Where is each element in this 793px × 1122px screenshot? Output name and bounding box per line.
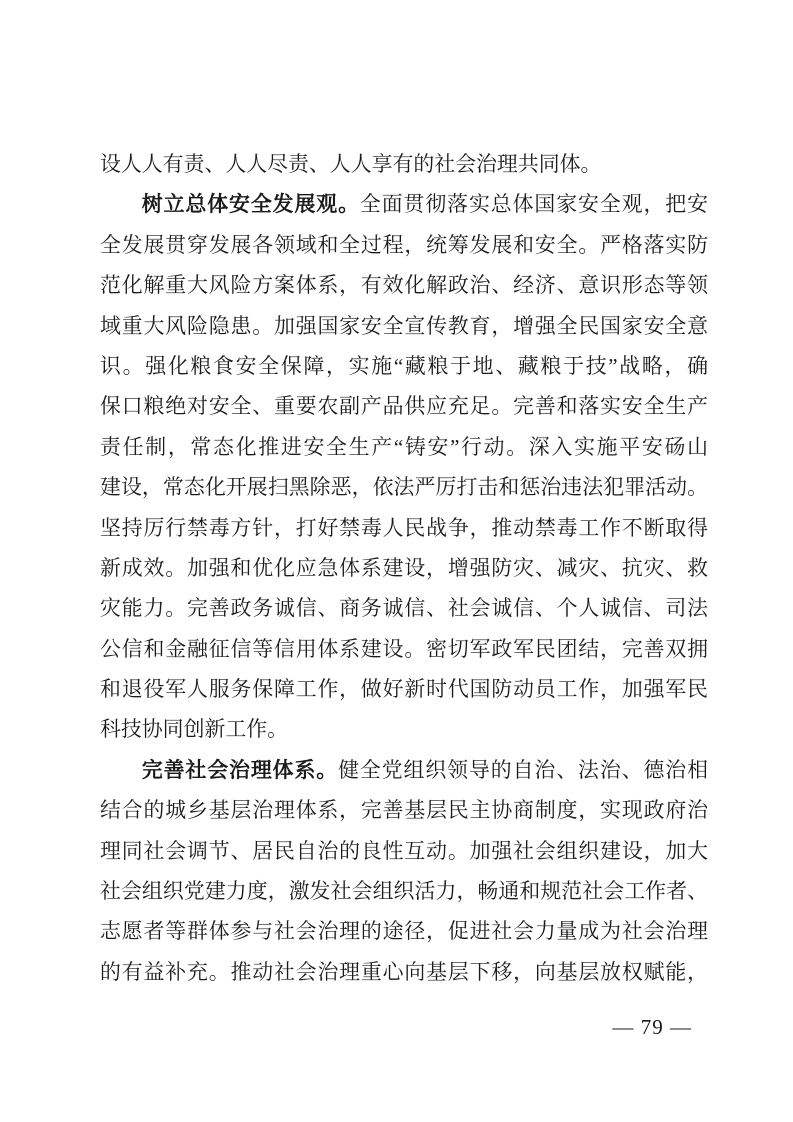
text-segment: 域重大风险隐患。加强国家安全宣传教育，增强全民国家安全意 bbox=[100, 314, 708, 338]
text-segment: 设人人有责、人人尽责、人人享有的社会治理共同体。 bbox=[100, 152, 601, 176]
text-line: 完善社会治理体系。健全党组织领导的自治、法治、德治相 bbox=[100, 750, 708, 790]
text-segment: 志愿者等群体参与社会治理的途径，促进社会力量成为社会治理 bbox=[100, 919, 708, 943]
text-segment: 全面贯彻落实总体国家安全观，把安 bbox=[360, 192, 708, 216]
document-body: 设人人有责、人人尽责、人人享有的社会治理共同体。树立总体安全发展观。全面贯彻落实… bbox=[100, 144, 708, 992]
text-line: 树立总体安全发展观。全面贯彻落实总体国家安全观，把安 bbox=[100, 184, 708, 224]
text-line: 全发展贯穿发展各领域和全过程，统筹发展和安全。严格落实防 bbox=[100, 225, 708, 265]
text-segment: 的有益补充。推动社会治理重心向基层下移，向基层放权赋能， bbox=[100, 960, 708, 984]
document-page: 设人人有责、人人尽责、人人享有的社会治理共同体。树立总体安全发展观。全面贯彻落实… bbox=[0, 0, 793, 1122]
text-segment: 健全党组织领导的自治、法治、德治相 bbox=[338, 758, 708, 782]
text-line: 识。强化粮食安全保障，实施“藏粮于地、藏粮于技”战略，确 bbox=[100, 346, 708, 386]
text-segment: 新成效。加强和优化应急体系建设，增强防灾、减灾、抗灾、救 bbox=[100, 556, 708, 580]
text-segment: 保口粮绝对安全、重要农副产品供应充足。完善和落实安全生产 bbox=[100, 394, 708, 418]
text-segment: 责任制，常态化推进安全生产“铸安”行动。深入实施平安砀山 bbox=[100, 435, 708, 459]
text-line: 设人人有责、人人尽责、人人享有的社会治理共同体。 bbox=[100, 144, 708, 184]
text-line: 的有益补充。推动社会治理重心向基层下移，向基层放权赋能， bbox=[100, 952, 708, 992]
text-segment: 社会组织党建力度，激发社会组织活力，畅通和规范社会工作者、 bbox=[100, 879, 708, 903]
text-line: 公信和金融征信等信用体系建设。密切军政军民团结，完善双拥 bbox=[100, 629, 708, 669]
text-segment: 全发展贯穿发展各领域和全过程，统筹发展和安全。严格落实防 bbox=[100, 233, 708, 257]
text-line: 范化解重大风险方案体系，有效化解政治、经济、意识形态等领 bbox=[100, 265, 708, 305]
text-segment: 范化解重大风险方案体系，有效化解政治、经济、意识形态等领 bbox=[100, 273, 708, 297]
text-line: 建设，常态化开展扫黑除恶，依法严厉打击和惩治违法犯罪活动。 bbox=[100, 467, 708, 507]
paragraph-lead-bold: 完善社会治理体系。 bbox=[142, 758, 338, 782]
text-line: 结合的城乡基层治理体系，完善基层民主协商制度，实现政府治 bbox=[100, 790, 708, 830]
text-segment: 坚持厉行禁毒方针，打好禁毒人民战争，推动禁毒工作不断取得 bbox=[100, 516, 708, 540]
text-line: 责任制，常态化推进安全生产“铸安”行动。深入实施平安砀山 bbox=[100, 427, 708, 467]
text-segment: 科技协同创新工作。 bbox=[100, 717, 288, 741]
text-line: 和退役军人服务保障工作，做好新时代国防动员工作，加强军民 bbox=[100, 669, 708, 709]
text-segment: 结合的城乡基层治理体系，完善基层民主协商制度，实现政府治 bbox=[100, 798, 708, 822]
text-line: 科技协同创新工作。 bbox=[100, 709, 708, 749]
text-segment: 公信和金融征信等信用体系建设。密切军政军民团结，完善双拥 bbox=[100, 637, 708, 661]
page-number: — 79 — bbox=[0, 1012, 692, 1042]
text-segment: 灾能力。完善政务诚信、商务诚信、社会诚信、个人诚信、司法 bbox=[100, 596, 708, 620]
text-segment: 识。强化粮食安全保障，实施“藏粮于地、藏粮于技”战略，确 bbox=[100, 354, 708, 378]
text-segment: 建设，常态化开展扫黑除恶，依法严厉打击和惩治违法犯罪活动。 bbox=[100, 475, 708, 499]
text-line: 志愿者等群体参与社会治理的途径，促进社会力量成为社会治理 bbox=[100, 911, 708, 951]
text-line: 域重大风险隐患。加强国家安全宣传教育，增强全民国家安全意 bbox=[100, 306, 708, 346]
text-line: 理同社会调节、居民自治的良性互动。加强社会组织建设，加大 bbox=[100, 831, 708, 871]
paragraph-lead-bold: 树立总体安全发展观。 bbox=[142, 192, 360, 216]
text-line: 社会组织党建力度，激发社会组织活力，畅通和规范社会工作者、 bbox=[100, 871, 708, 911]
text-line: 保口粮绝对安全、重要农副产品供应充足。完善和落实安全生产 bbox=[100, 386, 708, 426]
text-line: 坚持厉行禁毒方针，打好禁毒人民战争，推动禁毒工作不断取得 bbox=[100, 508, 708, 548]
text-segment: 理同社会调节、居民自治的良性互动。加强社会组织建设，加大 bbox=[100, 839, 708, 863]
text-line: 灾能力。完善政务诚信、商务诚信、社会诚信、个人诚信、司法 bbox=[100, 588, 708, 628]
text-line: 新成效。加强和优化应急体系建设，增强防灾、减灾、抗灾、救 bbox=[100, 548, 708, 588]
text-segment: 和退役军人服务保障工作，做好新时代国防动员工作，加强军民 bbox=[100, 677, 708, 701]
